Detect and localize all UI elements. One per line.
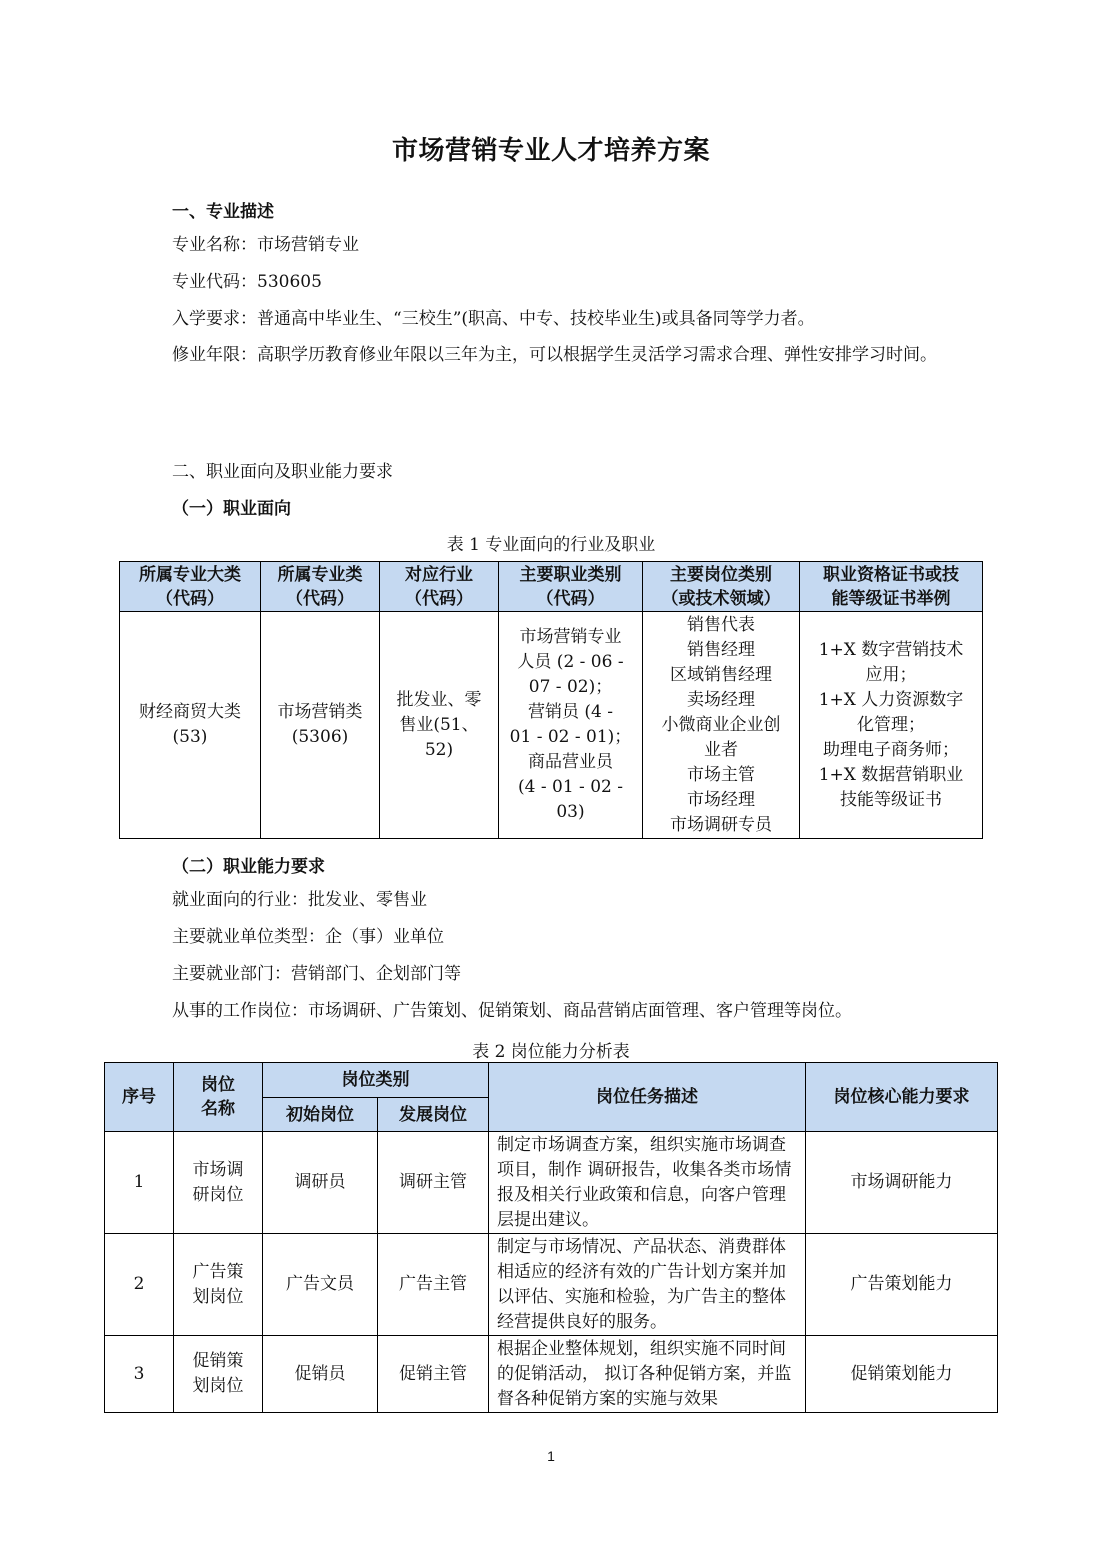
cell-position-name: 市场调研岗位 — [174, 1132, 263, 1234]
cell-position-name: 促销策划岗位 — [174, 1336, 263, 1413]
col-header-occupation: 主要职业类别（代码） — [499, 562, 643, 612]
table1-caption: 表 1 专业面向的行业及职业 — [0, 530, 1102, 555]
employer-type-line: 主要就业单位类型：企（事）业单位 — [172, 927, 444, 947]
cell-task: 制定市场调查方案，组织实施市场调查项目，制作 调研报告，收集各类市场情报及相关行… — [489, 1132, 806, 1234]
cell-industry: 批发业、零售业(51、52) — [380, 612, 499, 839]
col-header-task: 岗位任务描述 — [489, 1063, 806, 1132]
cell-task: 根据企业整体规划，组织实施不同时间的促销活动， 拟订各种促销方案，并监督各种促销… — [489, 1336, 806, 1413]
page-number: 1 — [0, 1448, 1102, 1464]
cell-major-category: 财经商贸大类(53) — [120, 612, 261, 839]
cell-position-name: 广告策划岗位 — [174, 1234, 263, 1336]
cell-core-ability: 市场调研能力 — [806, 1132, 998, 1234]
col-header-initial: 初始岗位 — [263, 1098, 378, 1132]
section2-heading: 二、职业面向及职业能力要求 — [172, 457, 393, 482]
table2-caption: 表 2 岗位能力分析表 — [0, 1037, 1102, 1062]
document-title: 市场营销专业人才培养方案 — [0, 130, 1102, 167]
cell-certificates: 1+X 数字营销技术应用；1+X 人力资源数字化管理；助理电子商务师；1+X 数… — [800, 612, 983, 839]
cell-initial: 促销员 — [263, 1336, 378, 1413]
cell-positions: 销售代表销售经理区域销售经理卖场经理小微商业企业创业者市场主管市场经理市场调研专… — [643, 612, 800, 839]
positions-line: 从事的工作岗位：市场调研、广告策划、促销策划、商品营销店面管理、客户管理等岗位。 — [172, 1001, 852, 1021]
cell-task: 制定与市场情况、产品状态、消费群体相适应的经济有效的广告计划方案并加以评估、实施… — [489, 1234, 806, 1336]
table-row: 2 广告策划岗位 广告文员 广告主管 制定与市场情况、产品状态、消费群体相适应的… — [105, 1234, 998, 1336]
cell-index: 3 — [105, 1336, 174, 1413]
col-header-major-category: 所属专业大类（代码） — [120, 562, 261, 612]
col-header-position-category: 岗位类别 — [263, 1063, 489, 1098]
table-row: 3 促销策划岗位 促销员 促销主管 根据企业整体规划，组织实施不同时间的促销活动… — [105, 1336, 998, 1413]
col-header-index: 序号 — [105, 1063, 174, 1132]
cell-development: 促销主管 — [378, 1336, 489, 1413]
col-header-core-ability: 岗位核心能力要求 — [806, 1063, 998, 1132]
cell-index: 2 — [105, 1234, 174, 1336]
cell-core-ability: 促销策划能力 — [806, 1336, 998, 1413]
col-header-certificate: 职业资格证书或技能等级证书举例 — [800, 562, 983, 612]
cell-major-class: 市场营销类(5306) — [261, 612, 380, 839]
cell-development: 广告主管 — [378, 1234, 489, 1336]
cell-core-ability: 广告策划能力 — [806, 1234, 998, 1336]
industry-line: 就业面向的行业：批发业、零售业 — [172, 890, 427, 910]
table-row: 财经商贸大类(53) 市场营销类(5306) 批发业、零售业(51、52) 市场… — [120, 612, 983, 839]
cell-initial: 调研员 — [263, 1132, 378, 1234]
department-line: 主要就业部门：营销部门、企划部门等 — [172, 964, 461, 984]
position-ability-table: 序号 岗位名称 岗位类别 岗位任务描述 岗位核心能力要求 初始岗位 发展岗位 1… — [104, 1062, 998, 1413]
admission-line: 入学要求：普通高中毕业生、“三校生”(职高、中专、技校毕业生)或具备同等学力者。 — [172, 309, 815, 329]
cell-index: 1 — [105, 1132, 174, 1234]
col-header-position-name: 岗位名称 — [174, 1063, 263, 1132]
cell-development: 调研主管 — [378, 1132, 489, 1234]
subsection-ability-requirements: （二）职业能力要求 — [172, 852, 325, 877]
industry-occupation-table: 所属专业大类（代码） 所属专业类（代码） 对应行业（代码） 主要职业类别（代码）… — [119, 561, 983, 839]
duration-paragraph: 修业年限：高职学历教育修业年限以三年为主，可以根据学生灵活学习需求合理、弹性安排… — [134, 337, 974, 374]
cell-occupation: 市场营销专业人员 (2 - 06 -07 - 02)；营销员 (4 -01 - … — [499, 612, 643, 839]
major-name-line: 专业名称：市场营销专业 — [172, 235, 359, 255]
document-page: 市场营销专业人才培养方案 一、专业描述 专业名称：市场营销专业 专业代码：530… — [0, 0, 1102, 1559]
col-header-position: 主要岗位类别（或技术领域） — [643, 562, 800, 612]
table-row: 1 市场调研岗位 调研员 调研主管 制定市场调查方案，组织实施市场调查项目，制作… — [105, 1132, 998, 1234]
table-header-row: 序号 岗位名称 岗位类别 岗位任务描述 岗位核心能力要求 — [105, 1063, 998, 1098]
col-header-major-class: 所属专业类（代码） — [261, 562, 380, 612]
cell-initial: 广告文员 — [263, 1234, 378, 1336]
col-header-development: 发展岗位 — [378, 1098, 489, 1132]
col-header-industry: 对应行业（代码） — [380, 562, 499, 612]
section1-heading: 一、专业描述 — [172, 197, 274, 222]
subsection-career-orientation: （一）职业面向 — [172, 494, 291, 519]
major-code-line: 专业代码：530605 — [172, 272, 322, 292]
table-header-row: 所属专业大类（代码） 所属专业类（代码） 对应行业（代码） 主要职业类别（代码）… — [120, 562, 983, 612]
